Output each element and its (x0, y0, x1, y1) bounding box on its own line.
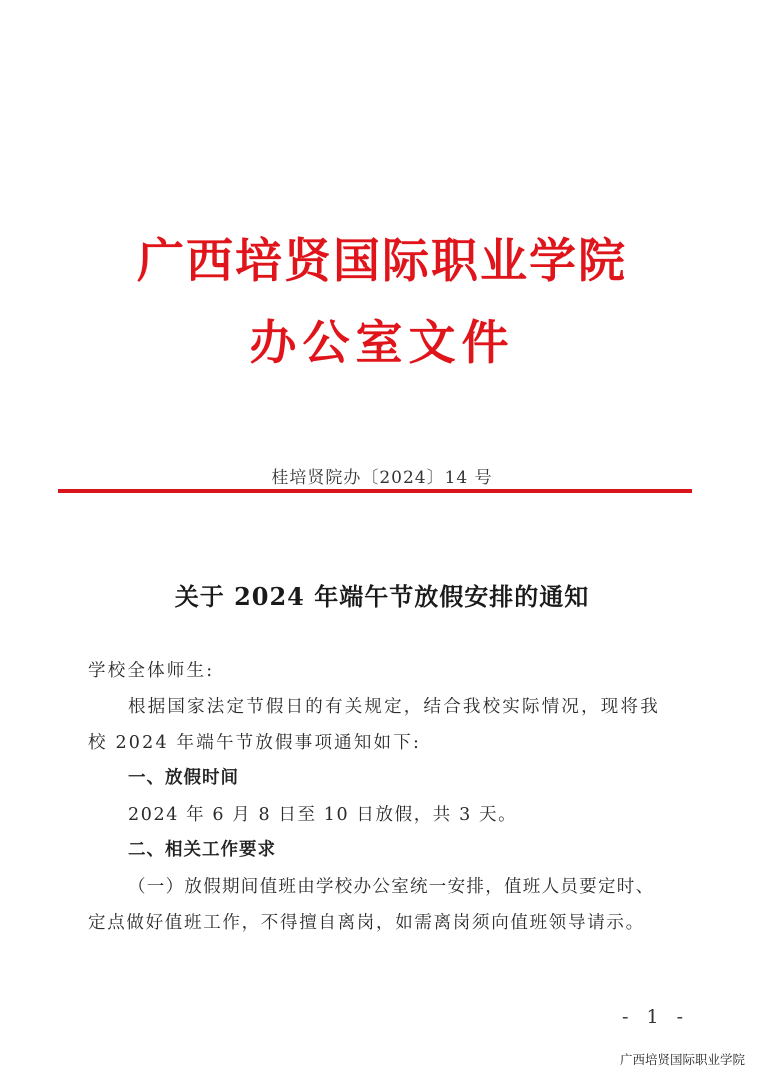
organization-title: 广西培贤国际职业学院 (0, 224, 764, 291)
requirement-line-1: （一）放假期间值班由学校办公室统一安排，值班人员要定时、 (128, 873, 654, 898)
document-type-title: 办公室文件 (0, 306, 764, 373)
footer-organization: 广西培贤国际职业学院 (620, 1050, 745, 1068)
red-divider-line (58, 489, 692, 493)
page-number: - 1 - (622, 1006, 689, 1028)
intro-paragraph-line-2: 校 2024 年端午节放假事项通知如下: (88, 729, 421, 754)
section-heading-holiday-time: 一、放假时间 (128, 764, 239, 789)
section-heading-work-requirements: 二、相关工作要求 (128, 836, 276, 861)
requirement-line-2: 定点做好值班工作，不得擅自离岗，如需离岗须向值班领导请示。 (88, 909, 645, 934)
notice-title: 关于 2024 年端午节放假安排的通知 (0, 577, 764, 612)
intro-paragraph-line-1: 根据国家法定节假日的有关规定，结合我校实际情况，现将我 (128, 693, 660, 718)
holiday-dates-line: 2024 年 6 月 8 日至 10 日放假，共 3 天。 (128, 801, 517, 826)
salutation: 学校全体师生: (88, 657, 214, 682)
document-number: 桂培贤院办〔2024〕14 号 (0, 463, 764, 488)
